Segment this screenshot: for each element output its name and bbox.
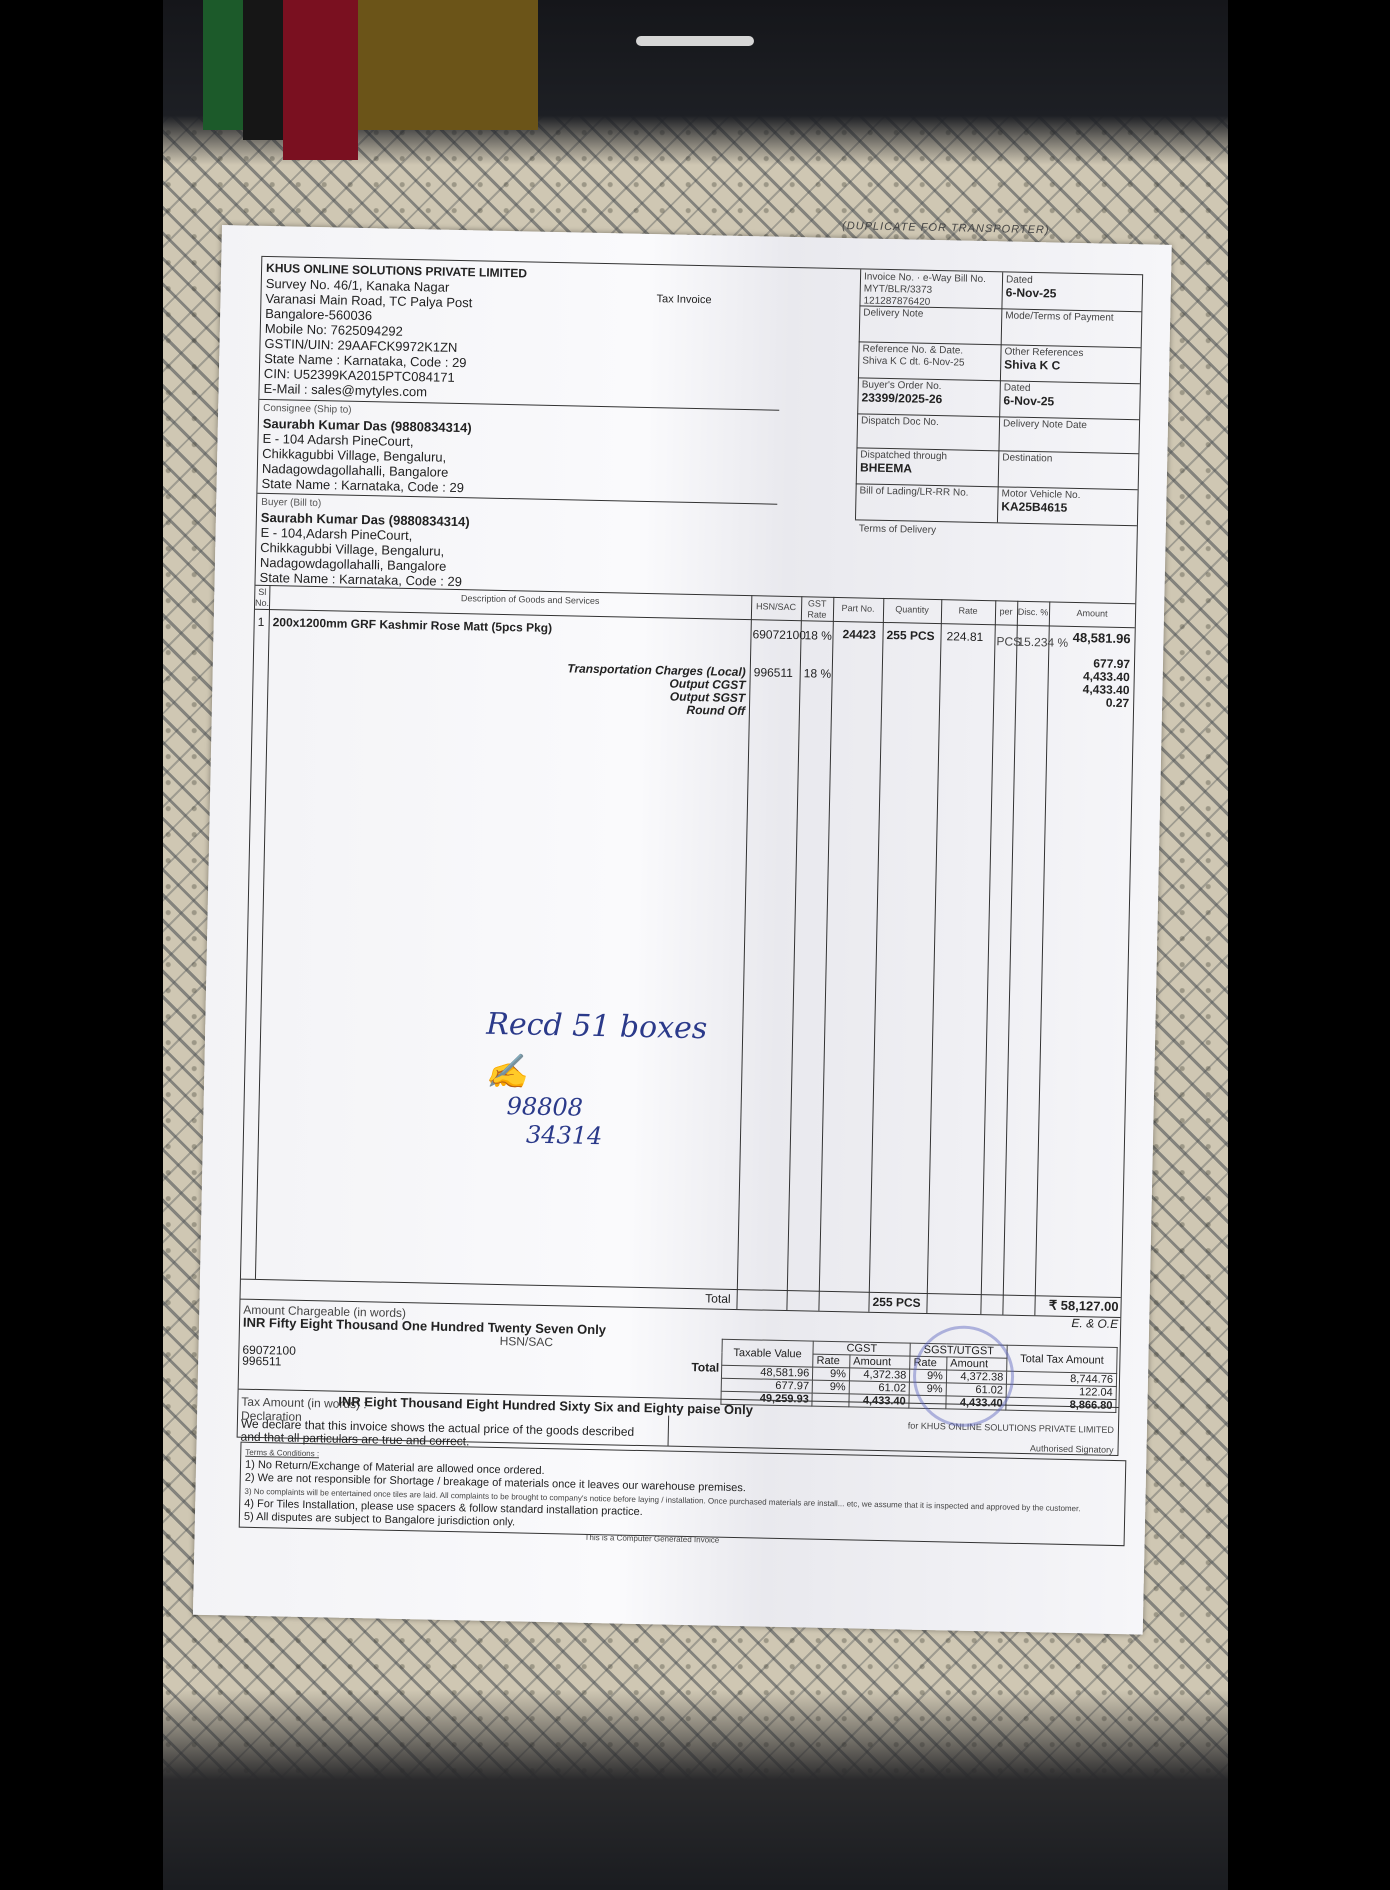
order-dated: 6-Nov-25 (1003, 394, 1054, 407)
delivery-note-label: Delivery Note (863, 307, 923, 320)
dispatched-value: BHEEMA (860, 461, 947, 475)
vehicle-cell: Motor Vehicle No. KA25B4615 (1001, 488, 1080, 514)
eoe-label: E. & O.E (1034, 1315, 1118, 1331)
item-amount: 48,581.96 (1048, 629, 1130, 646)
packet-black (243, 0, 283, 140)
dated-cell: Dated 6-Nov-25 (1006, 274, 1057, 299)
invoice-no-label: Invoice No. (864, 271, 914, 283)
invoice-frame: KHUS ONLINE SOLUTIONS PRIVATE LIMITED Su… (237, 256, 1144, 1456)
handwritten-note: Recd 51 boxes (486, 1007, 708, 1047)
item-part: 24423 (842, 627, 876, 642)
for-company: for KHUS ONLINE SOLUTIONS PRIVATE LIMITE… (678, 1416, 1114, 1435)
item-hsn: 69072100 (752, 627, 806, 642)
dispatched-cell: Dispatched through BHEEMA (860, 449, 947, 475)
dated-value: 6-Nov-25 (1006, 286, 1057, 299)
total-qty: 255 PCS (872, 1295, 920, 1310)
charge-transport-hsn: 996511 (754, 665, 793, 680)
meta-divider (855, 269, 861, 519)
col-gst-rate: GST Rate (801, 598, 833, 621)
tax-cgst-amount: 61.02 (849, 1381, 910, 1395)
tax-total-label: Total (619, 1359, 719, 1375)
hsn-summary-label: HSN/SAC (500, 1334, 554, 1349)
col-description: Description of Goods and Services (455, 593, 605, 607)
dispatch-doc-label: Dispatch Doc No. (861, 415, 939, 429)
col-line (818, 597, 834, 1311)
packet-red (283, 0, 358, 160)
col-line (980, 600, 996, 1314)
col-line (255, 585, 271, 1279)
drag-handle[interactable] (636, 36, 754, 46)
handwritten-phone-a: 98808 (506, 1092, 583, 1122)
destination-label: Destination (1002, 452, 1052, 465)
seller-block: KHUS ONLINE SOLUTIONS PRIVATE LIMITED Su… (263, 261, 746, 406)
consignee-block: Consignee (Ship to) Saurabh Kumar Das (9… (261, 401, 783, 502)
invoice-no: MYT/BLR/3373 (864, 283, 933, 295)
th-taxable: Taxable Value (722, 1339, 814, 1367)
terms-of-delivery-label: Terms of Delivery (859, 523, 936, 537)
total-amount: ₹ 58,127.00 (1034, 1297, 1118, 1315)
other-ref-value: Shiva K C (1004, 358, 1083, 372)
order-date-cell: Dated 6-Nov-25 (1003, 382, 1054, 407)
divider (668, 1416, 670, 1446)
doc-title: Tax Invoice (656, 293, 711, 306)
item-qty: 255 PCS (886, 628, 934, 643)
col-line (786, 596, 802, 1310)
item-rate: 224.81 (946, 629, 983, 644)
handwritten-signature-icon: ✍ (485, 1052, 528, 1093)
eway-no: 121287876420 (863, 295, 930, 307)
hsn-summary-2: 996511 (242, 1354, 281, 1369)
footer-note: This is a Computer Generated Invoice (585, 1533, 720, 1545)
handwritten-phone-b: 34314 (526, 1121, 603, 1151)
invoice-paper: (DUPLICATE FOR TRANSPORTER) KHUS ONLINE … (193, 225, 1172, 1635)
item-description: 200x1200mm GRF Kashmir Rose Matt (5pcs P… (273, 615, 553, 635)
invoice-no-cell: Invoice No. · e-Way Bill No. MYT/BLR/337… (863, 271, 1000, 310)
th-total: Total Tax Amount (1007, 1345, 1117, 1373)
col-line (1002, 601, 1018, 1315)
buyer-block: Buyer (Bill to) Saurabh Kumar Das (98808… (259, 495, 781, 596)
reference-cell: Reference No. & Date. Shiva K C dt. 6-No… (862, 343, 965, 369)
dark-background-bottom (163, 1690, 1228, 1890)
col-rate: Rate (941, 605, 995, 617)
reference-value: Shiva K C dt. 6-Nov-25 (862, 355, 964, 369)
col-disc: Disc. % (1017, 607, 1049, 619)
tax-cgst-rate: 9% (813, 1367, 850, 1381)
tax-cgst-amount: 4,372.38 (849, 1368, 910, 1382)
tax-cgst-rate: 9% (812, 1380, 849, 1394)
vehicle-value: KA25B4615 (1001, 500, 1080, 514)
order-cell: Buyer's Order No. 23399/2025-26 (861, 379, 942, 405)
col-hsn: HSN/SAC (751, 601, 801, 613)
charge-roundoff-amount: 0.27 (1047, 694, 1129, 710)
th-cgst-rate: Rate (813, 1354, 850, 1368)
terms-block: Terms & Conditions : 1) No Return/Exchan… (239, 1442, 1127, 1547)
col-line (926, 599, 942, 1313)
th-cgst-amount: Amount (850, 1355, 911, 1369)
other-ref-cell: Other References Shiva K C (1004, 346, 1083, 372)
col-quantity: Quantity (883, 604, 941, 616)
col-sl: Sl No. (255, 587, 269, 609)
col-per: per (995, 606, 1017, 617)
packet-green (203, 0, 243, 130)
col-amount: Amount (1049, 607, 1135, 620)
delivery-note-date-label: Delivery Note Date (1003, 418, 1087, 432)
col-part-no: Part No. (833, 603, 883, 615)
col-line (868, 598, 884, 1312)
eway-label: e-Way Bill No. (923, 273, 986, 285)
charge-transport-gst: 18 % (804, 666, 832, 681)
payment-label: Mode/Terms of Payment (1005, 310, 1114, 324)
lading-label: Bill of Lading/LR-RR No. (859, 485, 968, 499)
packet-brown (358, 0, 538, 130)
item-sl: 1 (258, 615, 265, 629)
order-no: 23399/2025-26 (861, 391, 942, 405)
item-gst: 18 % (804, 628, 832, 643)
amount-words: INR Fifty Eight Thousand One Hundred Twe… (243, 1315, 606, 1338)
total-label: Total (620, 1290, 730, 1306)
col-line (1034, 601, 1050, 1315)
